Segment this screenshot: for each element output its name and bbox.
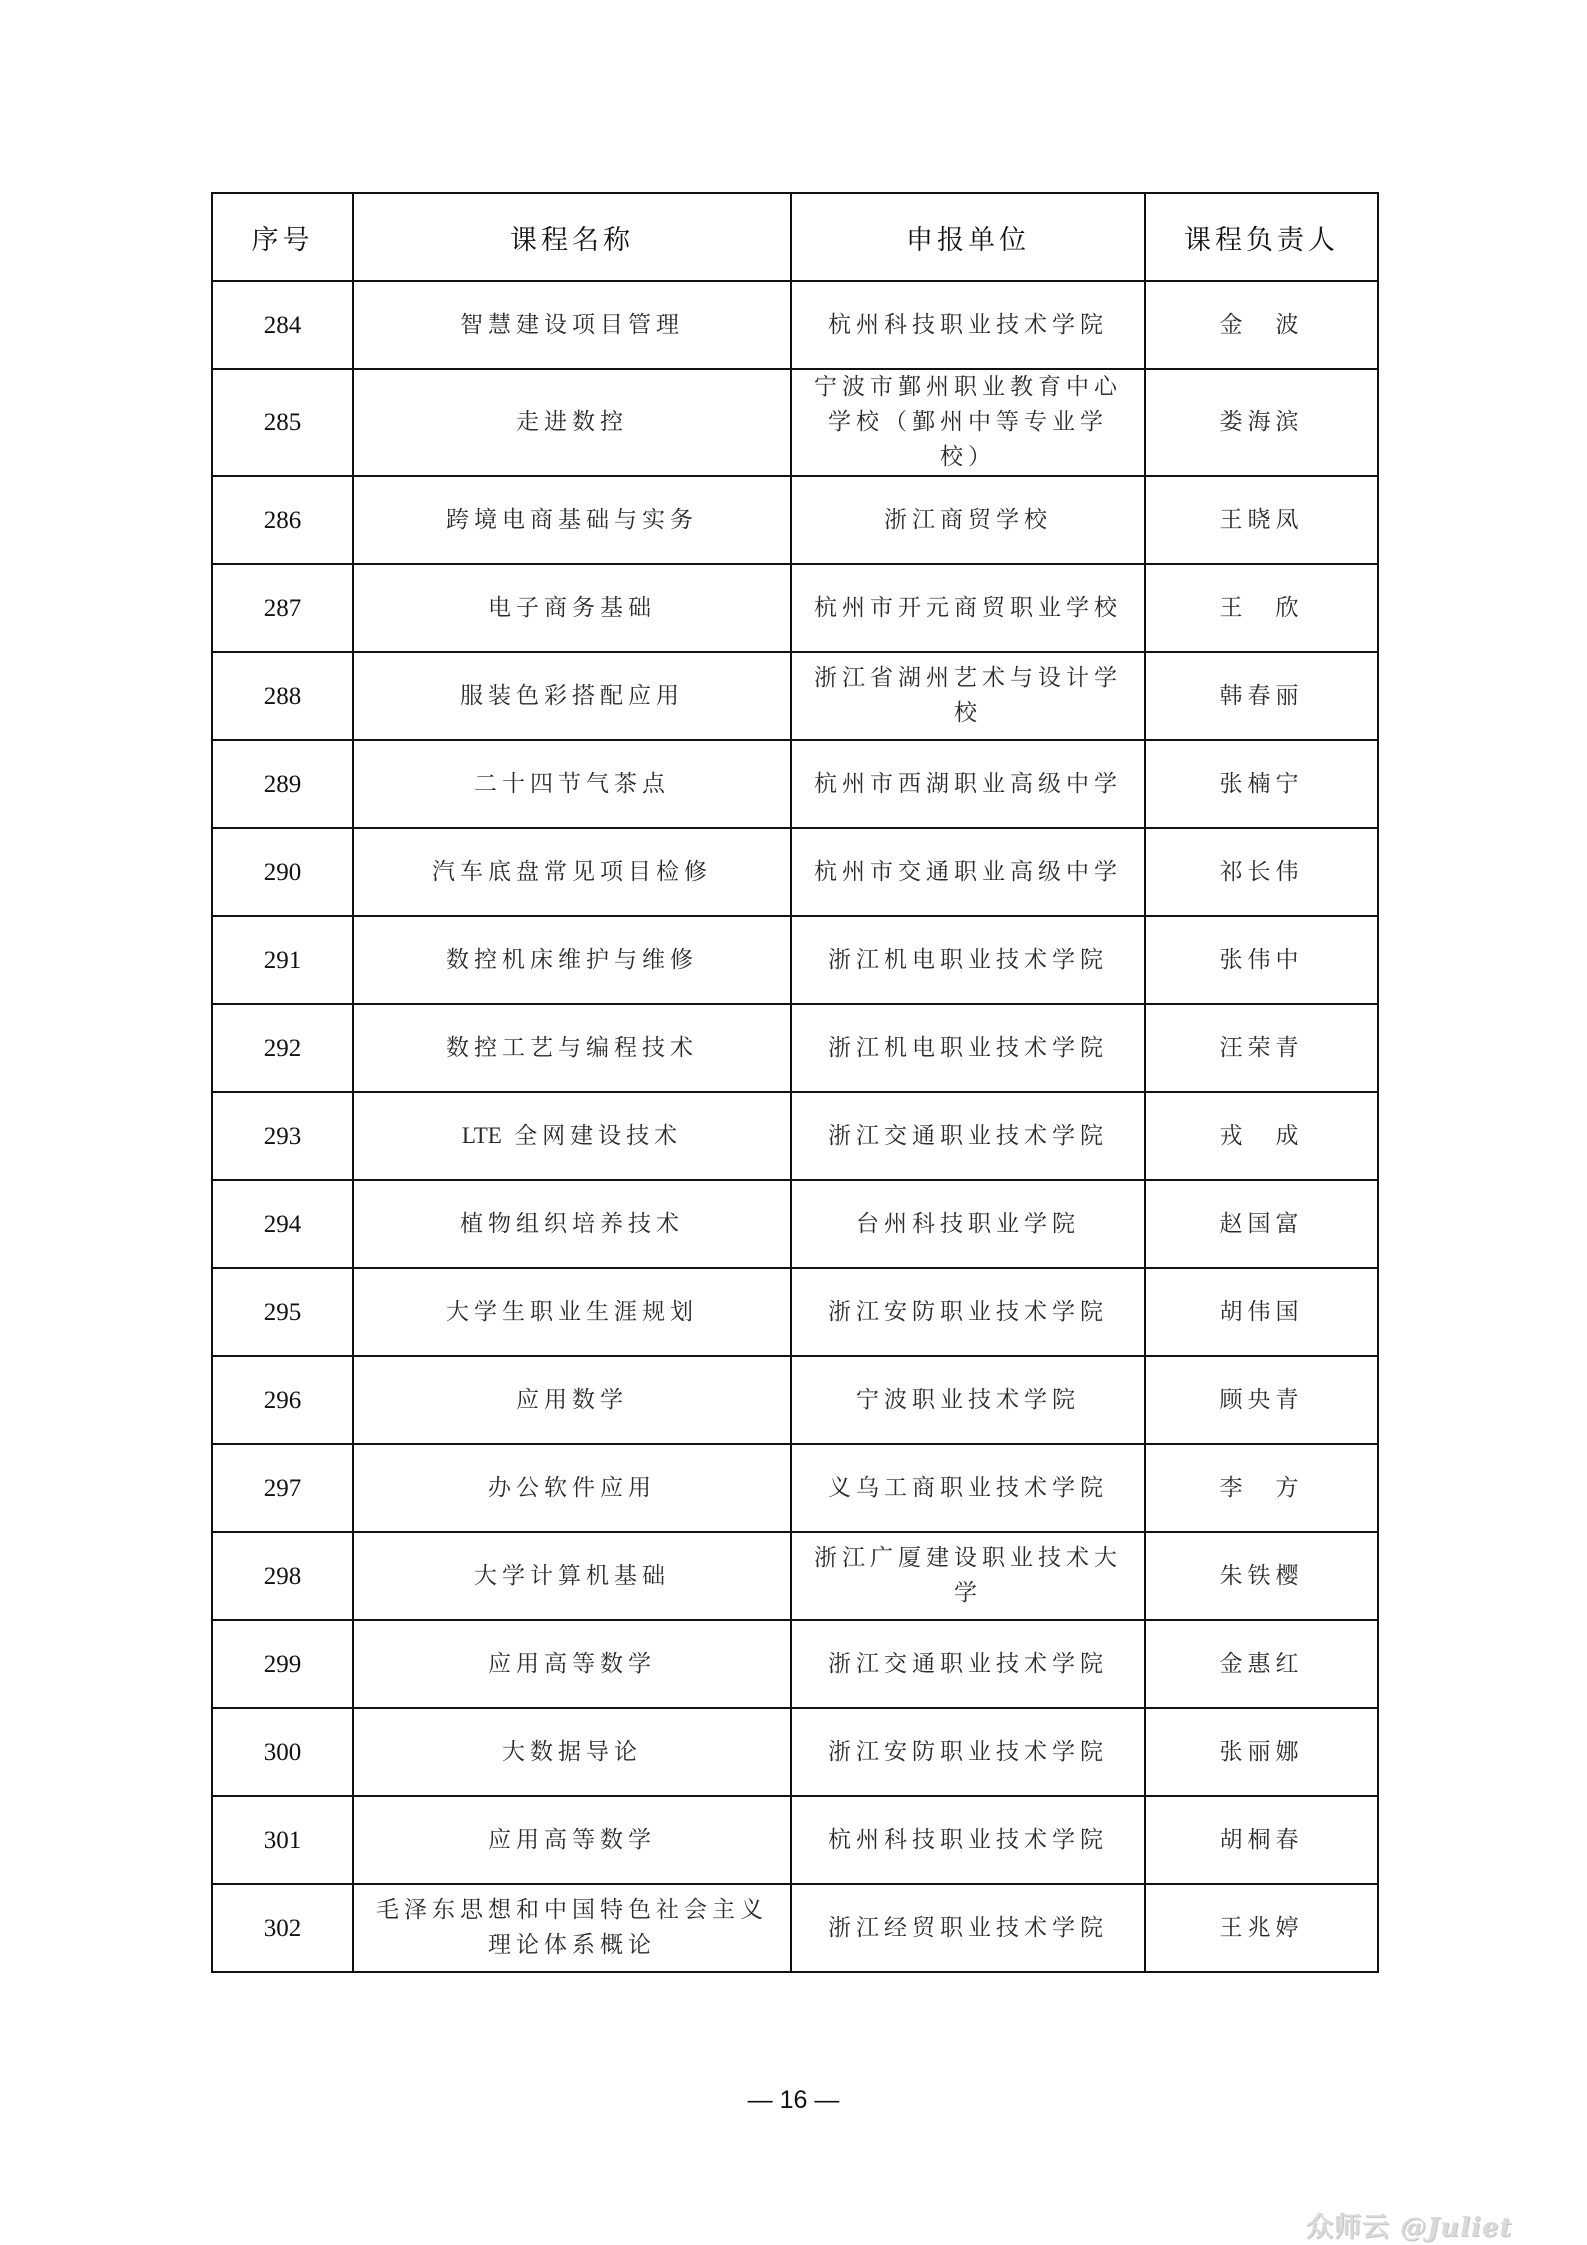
cell-seq: 287 <box>212 564 353 652</box>
cell-owner: 金惠红 <box>1145 1620 1378 1708</box>
table-row: 289 二十四节气茶点 杭州市西湖职业高级中学 张楠宁 <box>212 740 1378 828</box>
cell-seq: 295 <box>212 1268 353 1356</box>
page-number: — 16 — <box>0 2086 1587 2115</box>
cell-course-name: 植物组织培养技术 <box>353 1180 791 1268</box>
cell-seq: 300 <box>212 1708 353 1796</box>
cell-course-name: 汽车底盘常见项目检修 <box>353 828 791 916</box>
table-row: 298 大学计算机基础 浙江广厦建设职业技术大学 朱铁樱 <box>212 1532 1378 1620</box>
table-row: 301 应用高等数学 杭州科技职业技术学院 胡桐春 <box>212 1796 1378 1884</box>
cell-unit: 杭州市开元商贸职业学校 <box>791 564 1145 652</box>
header-unit: 申报单位 <box>791 193 1145 281</box>
cell-unit: 浙江安防职业技术学院 <box>791 1708 1145 1796</box>
cell-owner: 王 欣 <box>1145 564 1378 652</box>
cell-owner: 汪荣青 <box>1145 1004 1378 1092</box>
cell-unit: 杭州科技职业技术学院 <box>791 1796 1145 1884</box>
table-row: 296 应用数学 宁波职业技术学院 顾央青 <box>212 1356 1378 1444</box>
watermark-brand: 众师云 <box>1306 2212 1390 2243</box>
cell-unit: 杭州市交通职业高级中学 <box>791 828 1145 916</box>
cell-owner: 祁长伟 <box>1145 828 1378 916</box>
cell-unit: 浙江交通职业技术学院 <box>791 1620 1145 1708</box>
cell-seq: 288 <box>212 652 353 740</box>
cell-course-name: 跨境电商基础与实务 <box>353 476 791 564</box>
table-row: 299 应用高等数学 浙江交通职业技术学院 金惠红 <box>212 1620 1378 1708</box>
table-row: 284 智慧建设项目管理 杭州科技职业技术学院 金 波 <box>212 281 1378 369</box>
cell-seq: 289 <box>212 740 353 828</box>
cell-owner: 胡桐春 <box>1145 1796 1378 1884</box>
cell-course-name: 应用高等数学 <box>353 1796 791 1884</box>
cell-seq: 298 <box>212 1532 353 1620</box>
cell-unit: 浙江机电职业技术学院 <box>791 1004 1145 1092</box>
cell-unit: 义乌工商职业技术学院 <box>791 1444 1145 1532</box>
cell-owner: 金 波 <box>1145 281 1378 369</box>
watermark-handle: @Juliet <box>1400 2213 1513 2243</box>
cell-seq: 293 <box>212 1092 353 1180</box>
cell-owner: 王晓凤 <box>1145 476 1378 564</box>
cell-course-name: 二十四节气茶点 <box>353 740 791 828</box>
cell-seq: 301 <box>212 1796 353 1884</box>
cell-unit: 宁波职业技术学院 <box>791 1356 1145 1444</box>
cell-seq: 297 <box>212 1444 353 1532</box>
cell-seq: 290 <box>212 828 353 916</box>
cell-course-name: 走进数控 <box>353 369 791 476</box>
cell-seq: 294 <box>212 1180 353 1268</box>
cell-unit: 浙江经贸职业技术学院 <box>791 1884 1145 1972</box>
cell-course-name: 电子商务基础 <box>353 564 791 652</box>
table-header-row: 序号 课程名称 申报单位 课程负责人 <box>212 193 1378 281</box>
table-row: 288 服装色彩搭配应用 浙江省湖州艺术与设计学校 韩春丽 <box>212 652 1378 740</box>
cell-course-name: 毛泽东思想和中国特色社会主义理论体系概论 <box>353 1884 791 1972</box>
cell-owner: 胡伟国 <box>1145 1268 1378 1356</box>
cell-owner: 赵国富 <box>1145 1180 1378 1268</box>
table-row: 292 数控工艺与编程技术 浙江机电职业技术学院 汪荣青 <box>212 1004 1378 1092</box>
cell-course-name: 大学生职业生涯规划 <box>353 1268 791 1356</box>
cell-course-name: 大数据导论 <box>353 1708 791 1796</box>
table-row: 293 LTE 全网建设技术 浙江交通职业技术学院 戎 成 <box>212 1092 1378 1180</box>
cell-seq: 296 <box>212 1356 353 1444</box>
cell-owner: 张伟中 <box>1145 916 1378 1004</box>
cell-owner: 李 方 <box>1145 1444 1378 1532</box>
table-row: 297 办公软件应用 义乌工商职业技术学院 李 方 <box>212 1444 1378 1532</box>
cell-owner: 朱铁樱 <box>1145 1532 1378 1620</box>
course-name-latin: LTE <box>462 1123 502 1148</box>
cell-unit: 浙江商贸学校 <box>791 476 1145 564</box>
cell-course-name: 数控机床维护与维修 <box>353 916 791 1004</box>
cell-seq: 284 <box>212 281 353 369</box>
cell-seq: 292 <box>212 1004 353 1092</box>
table-row: 300 大数据导论 浙江安防职业技术学院 张丽娜 <box>212 1708 1378 1796</box>
table-row: 290 汽车底盘常见项目检修 杭州市交通职业高级中学 祁长伟 <box>212 828 1378 916</box>
cell-course-name: 数控工艺与编程技术 <box>353 1004 791 1092</box>
cell-unit: 浙江安防职业技术学院 <box>791 1268 1145 1356</box>
cell-unit: 杭州市西湖职业高级中学 <box>791 740 1145 828</box>
header-seq: 序号 <box>212 193 353 281</box>
cell-course-name: 服装色彩搭配应用 <box>353 652 791 740</box>
table-row: 291 数控机床维护与维修 浙江机电职业技术学院 张伟中 <box>212 916 1378 1004</box>
cell-unit: 浙江省湖州艺术与设计学校 <box>791 652 1145 740</box>
cell-unit: 浙江广厦建设职业技术大学 <box>791 1532 1145 1620</box>
header-owner: 课程负责人 <box>1145 193 1378 281</box>
cell-owner: 张丽娜 <box>1145 1708 1378 1796</box>
table-row: 286 跨境电商基础与实务 浙江商贸学校 王晓凤 <box>212 476 1378 564</box>
course-list-table: 序号 课程名称 申报单位 课程负责人 284 智慧建设项目管理 杭州科技职业技术… <box>211 192 1379 1973</box>
table-row: 285 走进数控 宁波市鄞州职业教育中心学校（鄞州中等专业学校） 娄海滨 <box>212 369 1378 476</box>
table-row: 294 植物组织培养技术 台州科技职业学院 赵国富 <box>212 1180 1378 1268</box>
table-row: 302 毛泽东思想和中国特色社会主义理论体系概论 浙江经贸职业技术学院 王兆婷 <box>212 1884 1378 1972</box>
cell-owner: 娄海滨 <box>1145 369 1378 476</box>
cell-seq: 302 <box>212 1884 353 1972</box>
cell-unit: 浙江交通职业技术学院 <box>791 1092 1145 1180</box>
cell-course-name: 智慧建设项目管理 <box>353 281 791 369</box>
cell-unit: 浙江机电职业技术学院 <box>791 916 1145 1004</box>
course-name-text: 全网建设技术 <box>514 1123 682 1149</box>
cell-course-name: 大学计算机基础 <box>353 1532 791 1620</box>
cell-unit: 宁波市鄞州职业教育中心学校（鄞州中等专业学校） <box>791 369 1145 476</box>
cell-unit: 台州科技职业学院 <box>791 1180 1145 1268</box>
cell-owner: 韩春丽 <box>1145 652 1378 740</box>
cell-owner: 顾央青 <box>1145 1356 1378 1444</box>
cell-owner: 王兆婷 <box>1145 1884 1378 1972</box>
cell-course-name: 应用数学 <box>353 1356 791 1444</box>
cell-seq: 299 <box>212 1620 353 1708</box>
cell-course-name: LTE 全网建设技术 <box>353 1092 791 1180</box>
cell-owner: 张楠宁 <box>1145 740 1378 828</box>
table-row: 287 电子商务基础 杭州市开元商贸职业学校 王 欣 <box>212 564 1378 652</box>
header-course-name: 课程名称 <box>353 193 791 281</box>
cell-seq: 291 <box>212 916 353 1004</box>
cell-owner: 戎 成 <box>1145 1092 1378 1180</box>
cell-seq: 286 <box>212 476 353 564</box>
cell-course-name: 应用高等数学 <box>353 1620 791 1708</box>
table-row: 295 大学生职业生涯规划 浙江安防职业技术学院 胡伟国 <box>212 1268 1378 1356</box>
watermark: 众师云@Juliet <box>1306 2205 1513 2244</box>
cell-unit: 杭州科技职业技术学院 <box>791 281 1145 369</box>
cell-course-name: 办公软件应用 <box>353 1444 791 1532</box>
cell-seq: 285 <box>212 369 353 476</box>
